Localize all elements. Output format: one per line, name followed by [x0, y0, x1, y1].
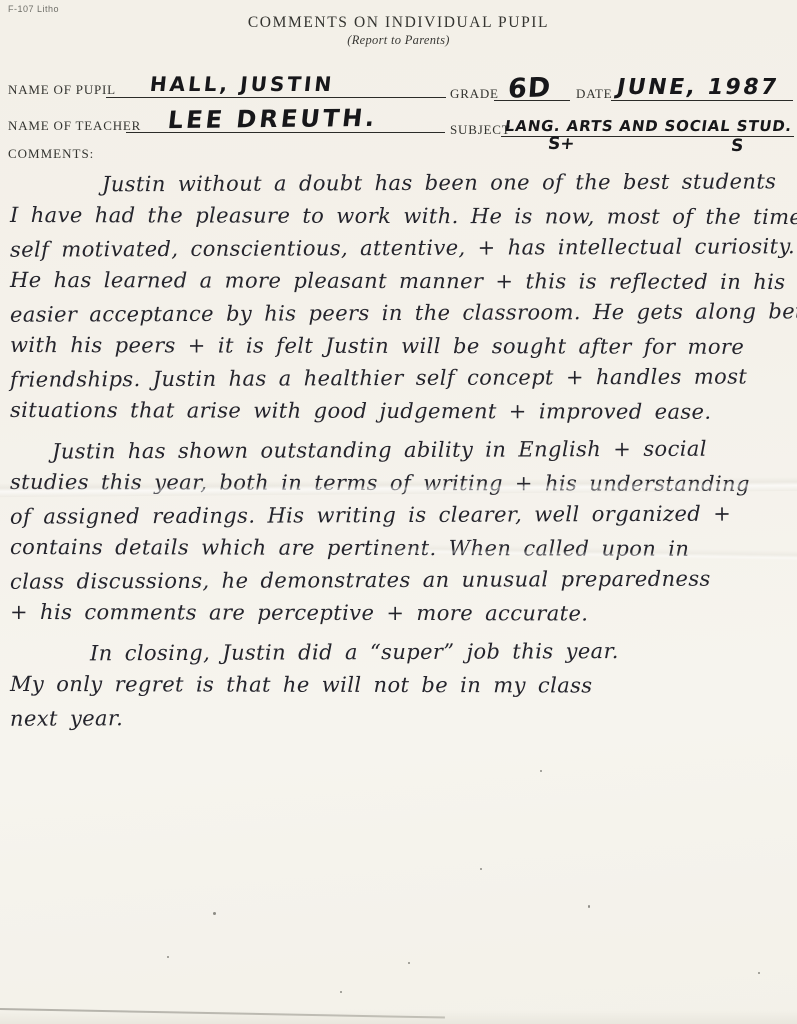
handwritten-line: + his comments are perceptive + more acc…: [10, 595, 789, 630]
form-subtitle: (Report to Parents): [0, 33, 797, 48]
scanned-report-page: F-107 Litho COMMENTS ON INDIVIDUAL PUPIL…: [0, 0, 797, 1024]
scan-speck: [588, 905, 590, 908]
comments-body: Justin without a doubt has been one of t…: [10, 167, 789, 741]
handwritten-line: situations that arise with good judgemen…: [10, 393, 789, 428]
grade-value: 6D: [507, 72, 553, 104]
scan-speck: [340, 991, 342, 993]
handwritten-line: I have had the pleasure to work with. He…: [10, 198, 789, 233]
scan-speck: [167, 956, 169, 958]
scan-speck: [408, 962, 410, 964]
lang-arts-grade-value: S+: [547, 134, 576, 154]
comments-label: COMMENTS:: [8, 146, 94, 162]
grade-label: GRADE: [450, 86, 499, 102]
comments-paragraph: Justin without a doubt has been one of t…: [10, 167, 789, 427]
scan-speck: [758, 972, 760, 974]
pupil-name-field: HALL, JUSTIN: [106, 64, 446, 98]
form-title: COMMENTS ON INDIVIDUAL PUPIL: [0, 14, 797, 32]
handwritten-line: next year.: [10, 699, 789, 735]
grade-field: 6D: [494, 64, 570, 101]
handwritten-line: self motivated, conscientious, attentive…: [10, 230, 789, 266]
pupil-name-value: HALL, JUSTIN: [149, 72, 336, 96]
teacher-name-label: NAME OF TEACHER: [8, 118, 141, 134]
teacher-name-value: LEE DREUTH.: [166, 104, 379, 134]
handwritten-line: easier acceptance by his peers in the cl…: [10, 295, 789, 331]
handwritten-line: In closing, Justin did a “super” job thi…: [10, 634, 789, 670]
handwritten-line: with his peers + it is felt Justin will …: [10, 328, 789, 363]
subject-value: LANG. ARTS AND SOCIAL STUD.: [504, 117, 794, 135]
date-label: DATE: [576, 86, 612, 102]
handwritten-line: class discussions, he demonstrates an un…: [10, 562, 789, 598]
handwritten-line: He has learned a more pleasant manner + …: [10, 263, 789, 298]
comments-paragraph: Justin has shown outstanding ability in …: [10, 434, 789, 629]
scan-speck: [213, 912, 216, 915]
scan-speck: [480, 868, 482, 870]
handwritten-line: friendships. Justin has a healthier self…: [10, 360, 789, 396]
scan-speck: [540, 770, 542, 772]
handwritten-line: Justin without a doubt has been one of t…: [10, 165, 789, 201]
form-code: F-107 Litho: [8, 4, 59, 14]
date-field: JUNE, 1987: [611, 64, 793, 101]
comments-paragraph: In closing, Justin did a “super” job thi…: [10, 636, 789, 734]
pupil-name-label: NAME OF PUPIL: [8, 82, 116, 98]
handwritten-line: of assigned readings. His writing is cle…: [10, 497, 789, 533]
subject-field: LANG. ARTS AND SOCIAL STUD.: [501, 103, 794, 137]
social-studies-grade-value: S: [730, 136, 744, 156]
date-value: JUNE, 1987: [615, 75, 781, 100]
handwritten-line: Justin has shown outstanding ability in …: [10, 432, 789, 468]
handwritten-line: My only regret is that he will not be in…: [10, 667, 789, 702]
scan-edge-shadow: [0, 1010, 797, 1024]
teacher-name-field: LEE DREUTH.: [126, 99, 445, 133]
